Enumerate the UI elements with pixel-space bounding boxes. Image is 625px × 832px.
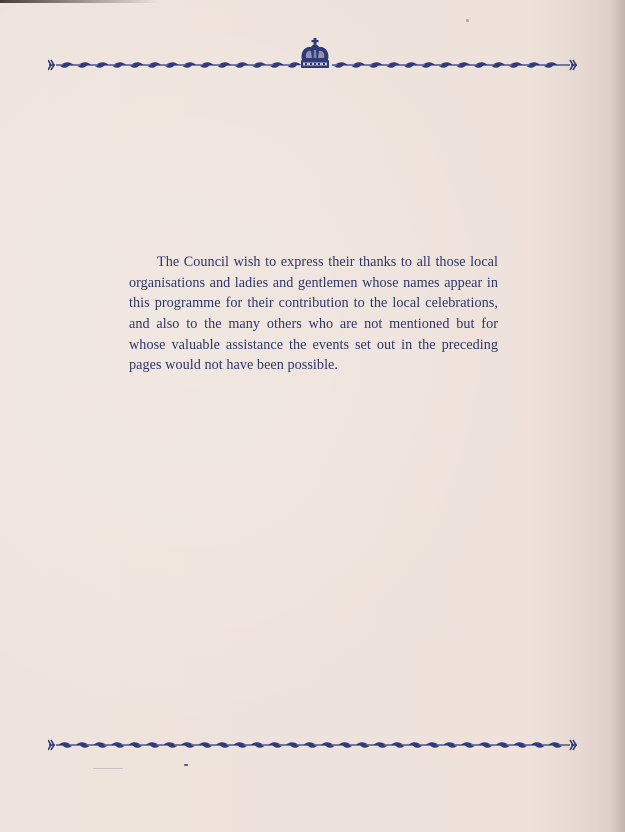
page-fold-edge: [611, 0, 625, 832]
ink-speck: [93, 768, 123, 769]
ink-speck: [184, 764, 188, 766]
scan-shadow: [0, 0, 160, 3]
acknowledgement-paragraph: The Council wish to express their thanks…: [129, 252, 498, 376]
bottom-laurel-border: [48, 738, 578, 752]
ink-speck: [466, 19, 469, 22]
programme-page: The Council wish to express their thanks…: [0, 0, 625, 832]
crown-icon: [299, 38, 331, 74]
